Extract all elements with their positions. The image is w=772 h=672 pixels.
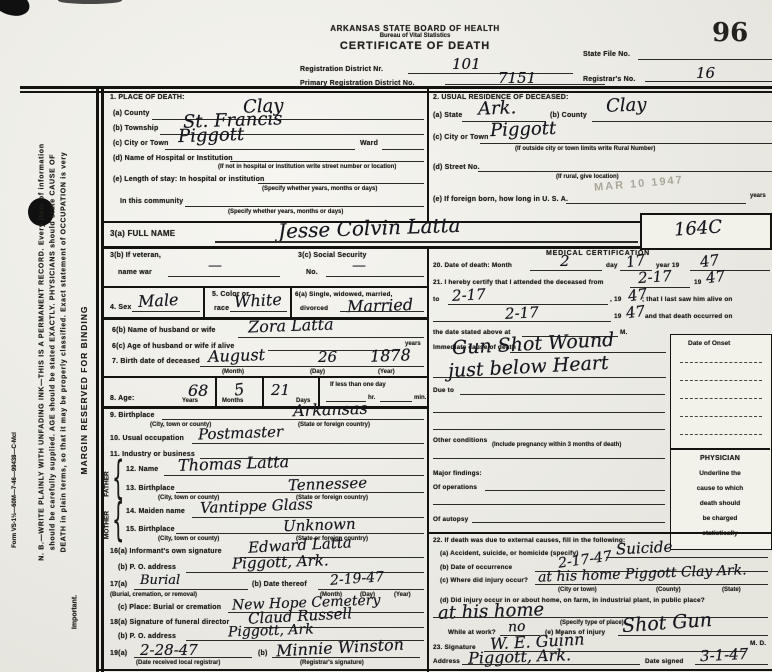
occupation-value: Postmaster — [198, 423, 284, 444]
min-label: min. — [414, 395, 426, 401]
injury-place-value: at his home — [438, 599, 545, 624]
date-of-onset-label: Date of Onset — [688, 340, 730, 347]
margin-note-line: DEATH in plain terms, so that it may be … — [61, 152, 68, 553]
occupation-label: 10. Usual occupation — [110, 435, 184, 442]
margin-binding-label: MARGIN RESERVED FOR BINDING — [79, 306, 89, 475]
attended-to-value: 2-17 — [452, 285, 487, 305]
birth-year-value: 1878 — [370, 345, 411, 365]
external-causes-label: 22. If death was due to external causes,… — [433, 537, 625, 544]
ward-label: Ward — [360, 140, 378, 147]
informant-label: 16(a) Informant's own signature — [110, 548, 222, 555]
date-of-death-label: 20. Date of death: Month — [433, 262, 512, 269]
to-year-print: , 19 — [610, 296, 621, 303]
spouse-value: Zora Latta — [248, 315, 334, 337]
physician-box-line: Underline the — [672, 470, 768, 477]
mother-name-label: 14. Maiden name — [126, 508, 185, 515]
community-note: (Specify whether years, months or days) — [228, 209, 343, 215]
physician-box-line: cause to which — [672, 485, 768, 492]
birth-day-value: 26 — [318, 348, 337, 366]
last-saw-label: ; that I last saw him alive on — [642, 296, 733, 303]
city-or-town-note: (City or town) — [558, 587, 597, 593]
means-of-injury-value: Shot Gun — [621, 609, 712, 637]
registration-district-value: 101 — [452, 55, 481, 73]
major-findings-label: Major findings: — [433, 470, 482, 477]
date-signed-value: 3-1-47 — [700, 645, 749, 666]
residence-city-note: (If outside city or town limits write Ru… — [515, 146, 655, 152]
birth-month-value: August — [208, 345, 266, 366]
stay-note: (Specify whether years, months or days) — [262, 186, 377, 192]
race-label: race — [214, 305, 229, 312]
sex-label: 4. Sex — [110, 304, 131, 311]
divorced-label: divorced — [300, 305, 328, 312]
due-to-label: Due to — [433, 387, 454, 394]
city-value: Piggott — [178, 124, 245, 147]
date-signed-label: Date signed — [645, 658, 683, 665]
mother-side-label: MOTHER — [104, 511, 111, 539]
hospital-label: (d) Name of Hospital or Institution — [113, 155, 233, 162]
father-name-value: Thomas Latta — [178, 452, 290, 475]
mother-name-value: Vantippe Glass — [200, 495, 313, 517]
other-conditions-label: Other conditions — [433, 437, 487, 444]
injury-where-label: (c) Where did injury occur? — [440, 577, 528, 584]
township-label: (b) Township — [113, 125, 158, 132]
age-months-value: 5 — [233, 379, 246, 399]
state-note: (State) — [722, 587, 741, 593]
registrar-no-label: Registrar's No. — [583, 76, 636, 83]
margin-note-line: N. B.—WRITE PLAINLY WITH UNFADING INK—TH… — [39, 143, 46, 560]
month-note: (Month) — [222, 369, 244, 375]
margin-note-line: Important. — [72, 595, 79, 629]
age-label: 8. Age: — [110, 395, 134, 402]
certify-label: 21. I hereby certify that I attended the… — [433, 279, 604, 286]
state-file-label: State File No. — [583, 51, 630, 58]
ssn-no-label: No. — [306, 269, 318, 276]
community-label: In this community — [120, 198, 183, 205]
hospital-note: (If not in hospital or institution write… — [218, 164, 396, 170]
sex-value: Male — [138, 290, 179, 311]
to-label: to — [433, 296, 439, 303]
full-name-label: 3(a) FULL NAME — [110, 229, 175, 238]
mother-brace: { — [112, 494, 124, 547]
burial-date-label: (b) Date thereof — [252, 581, 307, 588]
scan-smudge — [58, 0, 122, 4]
residence-county-value: Clay — [606, 94, 647, 116]
registrar-sig-label: (b) — [258, 650, 268, 657]
alive-year-print: 19 — [614, 313, 622, 320]
registrar-no-value: 16 — [696, 64, 715, 82]
funeral-director-po-value: Piggott, Ark — [228, 622, 314, 641]
residence-state-label: (a) State — [433, 112, 462, 119]
from-year-value: 47 — [705, 267, 726, 287]
father-birthplace-label: 13. Birthplace — [126, 485, 175, 492]
mother-bp-city-note: (City, town or county) — [158, 536, 219, 542]
birth-date-label: 7. Birth date of deceased — [112, 358, 200, 365]
received-label: 19(a) — [110, 650, 127, 657]
alive-year-value: 47 — [625, 302, 646, 322]
margin-form-code: Form VS-1½—60M—7-46—99438—C-McI — [12, 432, 18, 548]
occurrence-date-label: (b) Date of occurrence — [440, 564, 512, 571]
death-certificate-scan: Form VS-1½—60M—7-46—99438—C-McI N. B.—WR… — [0, 0, 772, 672]
place-of-death-title: 1. PLACE OF DEATH: — [110, 94, 185, 101]
full-name-value: Jesse Colvin Latta — [278, 213, 461, 243]
day-note: (Day) — [310, 369, 325, 375]
md-label: M. D. — [750, 640, 766, 647]
physician-box-title: PHYSICIAN — [672, 455, 768, 462]
registrar-sig-note: (Registrar's signature) — [300, 660, 364, 666]
color-value: White — [234, 290, 283, 311]
alive-date-value: 2-17 — [505, 303, 540, 323]
stay-label: (e) Length of stay: In hospital or insti… — [113, 176, 265, 183]
county-label: (a) County — [113, 110, 150, 117]
physician-box-line: death should — [672, 500, 768, 507]
from-year-print: 19 — [694, 279, 702, 286]
suicide-value: Suicide — [616, 538, 673, 559]
burial-note: (Burial, cremation, or removal) — [110, 592, 197, 598]
residence-city-label: (c) City or Town — [433, 134, 489, 141]
residence-state-value: Ark. — [478, 97, 517, 119]
received-note: (Date received local registrar) — [136, 660, 220, 666]
age-days-value: 21 — [271, 381, 290, 399]
city-label: (c) City or Town — [113, 140, 169, 147]
marital-value: Married — [347, 295, 414, 316]
death-day-label: day — [606, 262, 618, 269]
street-note: (If rural, give location) — [556, 174, 619, 180]
header-bureau: Bureau of Vital Statistics — [290, 33, 540, 39]
spouse-label: 6(b) Name of husband or wife — [112, 327, 216, 334]
veteran-value: — — [208, 258, 222, 274]
years-note: years — [750, 193, 766, 199]
hr-label: hr. — [368, 395, 375, 401]
age-months-cap: Months — [222, 398, 243, 404]
header-title: CERTIFICATE OF DEATH — [290, 40, 540, 52]
margin-note-line: should be carefully supplied. AGE should… — [50, 154, 57, 550]
physician-box-line: be charged — [672, 515, 768, 522]
file-code-value: 164C — [673, 216, 722, 240]
birthplace-state-note: (State or foreign country) — [298, 422, 370, 428]
burial-value: Burial — [140, 573, 180, 588]
informant-po-value: Piggott, Ark. — [232, 551, 329, 572]
father-side-label: FATHER — [104, 471, 111, 497]
funeral-director-po-label: (b) P. O. address — [118, 633, 176, 640]
residence-city-value: Piggott — [490, 118, 557, 141]
informant-po-label: (b) P. O. address — [118, 564, 176, 571]
foreign-born-label: (e) If foreign born, how long in U. S. A… — [433, 196, 568, 203]
physician-address-label: Address — [433, 658, 460, 665]
burial-year-note: (Year) — [394, 592, 411, 598]
burial-place-label: (c) Place: Burial or cremation — [118, 604, 221, 611]
autopsy-label: Of autopsy — [433, 516, 468, 523]
operations-label: Of operations — [433, 484, 477, 491]
birthplace-label: 9. Birthplace — [110, 412, 155, 419]
occurred-label: and that death occurred on — [645, 313, 733, 320]
veteran-war-label: name war — [118, 269, 152, 276]
state-file-number: 96 — [712, 18, 748, 48]
father-name-label: 12. Name — [126, 466, 158, 473]
burial-date-value: 2-19-47 — [330, 569, 385, 589]
mother-birthplace-label: 15. Birthplace — [126, 526, 175, 533]
funeral-director-label: 18(a) Signature of funeral director — [110, 619, 229, 626]
other-conditions-note: (Include pregnancy within 3 months of de… — [492, 442, 621, 448]
burial-number-label: 17(a) — [110, 581, 127, 588]
year-note: (Year) — [378, 369, 395, 375]
meridiem-label: M. — [620, 329, 628, 336]
birthplace-value: Arkansas — [293, 399, 368, 421]
header-org: ARKANSAS STATE BOARD OF HEALTH — [290, 24, 540, 33]
scan-smudge — [0, 0, 33, 20]
veteran-label: 3(b) If veteran, — [110, 252, 161, 259]
place-type-note: (Specify type of place) — [560, 620, 624, 626]
county-note: (County) — [656, 587, 681, 593]
ssn-value: — — [352, 258, 366, 274]
age-years-cap: Years — [182, 398, 198, 404]
less-than-one-day-label: If less than one day — [330, 382, 386, 388]
street-label: (d) Street No. — [433, 164, 480, 171]
death-month-value: 2 — [560, 252, 570, 270]
registration-district-label: Registration District Nr. — [300, 66, 383, 73]
